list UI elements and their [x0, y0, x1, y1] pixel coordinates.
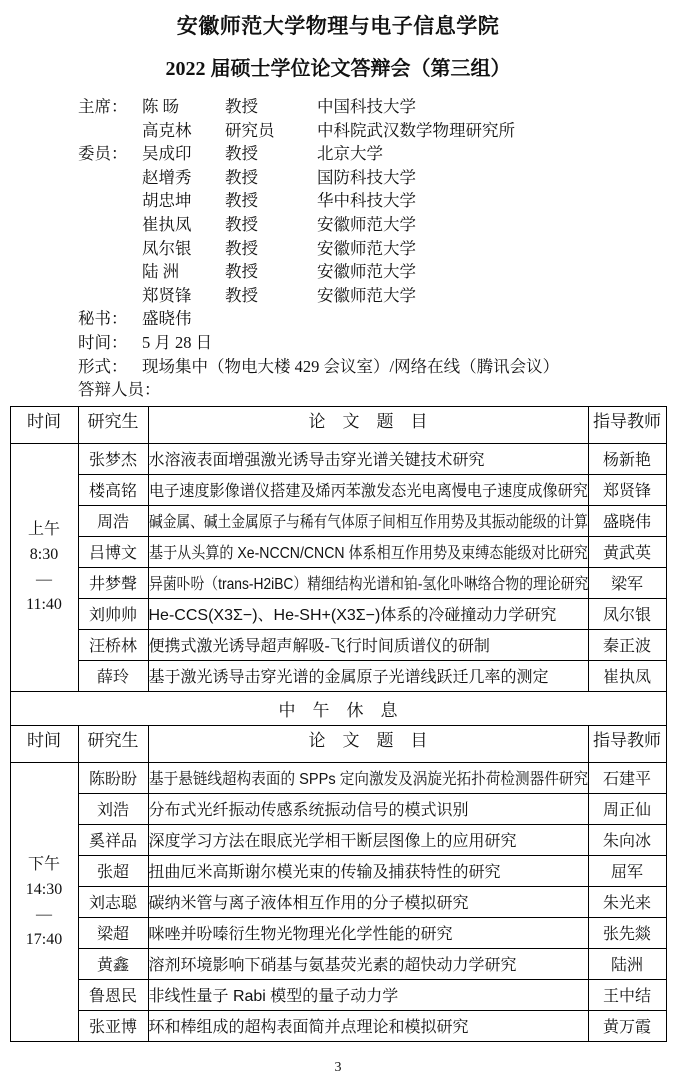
- schedule-row: 吕博文基于从头算的 Xe-NCCN/CNCN 体系相互作用势及束缚态能级对比研究…: [10, 536, 666, 567]
- session-time-line: 8:30: [11, 542, 78, 567]
- advisor-cell: 黄万霞: [588, 1010, 666, 1041]
- schedule-row: 井梦聲异菌卟吩（trans-H2iBC）精细结构光谱和铂-氢化卟啉络合物的理论研…: [10, 567, 666, 598]
- thesis-title: 基于激光诱导击穿光谱的金属原子光谱线跃迁几率的测定: [149, 664, 549, 687]
- header-time: 时间: [10, 406, 78, 443]
- thesis-cell: 碳纳米管与离子液体相互作用的分子模拟研究: [148, 886, 588, 917]
- advisor-cell: 郑贤锋: [588, 474, 666, 505]
- schedule-row: 张超扭曲厄米高斯谢尔模光束的传输及捕获特性的研究屈军: [10, 855, 666, 886]
- student-name: 楼高铭: [89, 478, 137, 501]
- committee-info-block: 主席：陈 旸教授中国科技大学高克林研究员中科院武汉数学物理研究所委员：吴成印教授…: [0, 95, 676, 402]
- schedule-row: 下午14:30—17:40陈盼盼基于悬链线超构表面的 SPPs 定向激发及涡旋光…: [10, 762, 666, 793]
- advisor-cell: 梁军: [588, 567, 666, 598]
- committee-name: 凤尔银: [142, 237, 225, 261]
- advisor-name: 石建平: [603, 766, 651, 789]
- lunch-break-section: 中 午 休 息: [10, 691, 666, 725]
- schedule-row: 楼高铭电子速度影像谱仪搭建及烯丙苯激发态光电离慢电子速度成像研究郑贤锋: [10, 474, 666, 505]
- info-label: [78, 260, 142, 284]
- thesis-cell: 分布式光纤振动传感系统振动信号的模式识别: [148, 793, 588, 824]
- thesis-cell: 便携式激光诱导超声解吸-飞行时间质谱仪的研制: [148, 629, 588, 660]
- session-time-line: 11:40: [11, 592, 78, 617]
- document-title: 安徽师范大学物理与电子信息学院: [0, 0, 676, 40]
- info-label: 主席：: [78, 95, 142, 119]
- info-label: 时间：: [78, 331, 142, 355]
- committee-title: 教授: [225, 95, 317, 119]
- student-name: 刘志聪: [89, 890, 137, 913]
- advisor-cell: 盛晓伟: [588, 505, 666, 536]
- student-name: 汪桥林: [89, 633, 137, 656]
- thesis-cell: 碱金属、碱土金属原子与稀有气体原子间相互作用势及其振动能级的计算: [148, 505, 588, 536]
- committee-title: 教授: [225, 142, 317, 166]
- advisor-name: 黄万霞: [603, 1014, 651, 1037]
- session-time-line: —: [11, 567, 78, 592]
- thesis-cell: 异菌卟吩（trans-H2iBC）精细结构光谱和铂-氢化卟啉络合物的理论研究: [148, 567, 588, 598]
- committee-title: 教授: [225, 237, 317, 261]
- student-cell: 井梦聲: [78, 567, 148, 598]
- student-name: 薛玲: [97, 664, 129, 687]
- header-time: 时间: [10, 725, 78, 762]
- session-time-line: 17:40: [11, 927, 78, 952]
- header-advisor: 指导教师: [588, 725, 666, 762]
- thesis-title: 碳纳米管与离子液体相互作用的分子模拟研究: [149, 890, 469, 913]
- advisor-cell: 张先燚: [588, 917, 666, 948]
- afternoon-session: 时间 研究生 论 文 题 目 指导教师 下午14:30—17:40陈盼盼基于悬链…: [10, 725, 666, 1041]
- advisor-cell: 杨新艳: [588, 443, 666, 474]
- committee-org: 安徽师范大学: [317, 213, 656, 237]
- student-cell: 薛玲: [78, 660, 148, 691]
- advisor-cell: 朱向冰: [588, 824, 666, 855]
- schedule-row: 薛玲基于激光诱导击穿光谱的金属原子光谱线跃迁几率的测定崔执凤: [10, 660, 666, 691]
- committee-title: 教授: [225, 284, 317, 308]
- committee-org: 华中科技大学: [317, 189, 656, 213]
- committee-title: 教授: [225, 213, 317, 237]
- student-cell: 汪桥林: [78, 629, 148, 660]
- committee-org: 国防科技大学: [317, 166, 656, 190]
- thesis-title: 便携式激光诱导超声解吸-飞行时间质谱仪的研制: [149, 633, 490, 656]
- committee-name: 胡忠坤: [142, 189, 225, 213]
- student-name: 吕博文: [89, 540, 137, 563]
- student-cell: 楼高铭: [78, 474, 148, 505]
- info-label: 秘书：: [78, 307, 142, 331]
- student-cell: 奚祥品: [78, 824, 148, 855]
- thesis-title: 环和棒组成的超构表面简并点理论和模拟研究: [149, 1014, 469, 1037]
- advisor-name: 王中结: [603, 983, 651, 1006]
- thesis-title: 电子速度影像谱仪搭建及烯丙苯激发态光电离慢电子速度成像研究: [149, 478, 588, 501]
- header-advisor: 指导教师: [588, 406, 666, 443]
- thesis-title: 分布式光纤振动传感系统振动信号的模式识别: [149, 797, 469, 820]
- table-header-row: 时间 研究生 论 文 题 目 指导教师: [10, 406, 666, 443]
- advisor-name: 凤尔银: [603, 602, 651, 625]
- participants-label: 答辩人员：: [78, 378, 656, 402]
- committee-org: 安徽师范大学: [317, 237, 656, 261]
- document-subtitle: 2022 届硕士学位论文答辩会（第三组）: [0, 52, 676, 81]
- defense-schedule-table: 时间 研究生 论 文 题 目 指导教师 上午8:30—11:40张梦杰水溶液表面…: [10, 406, 667, 1042]
- committee-org: 北京大学: [317, 142, 656, 166]
- thesis-title: He-CCS(X3Σ−)、He-SH+(X3Σ−)体系的冷碰撞动力学研究: [149, 602, 557, 625]
- committee-title: 教授: [225, 166, 317, 190]
- advisor-name: 郑贤锋: [603, 478, 651, 501]
- schedule-row: 刘浩分布式光纤振动传感系统振动信号的模式识别周正仙: [10, 793, 666, 824]
- committee-org: 中国科技大学: [317, 95, 656, 119]
- student-name: 梁超: [97, 921, 129, 944]
- student-name: 张梦杰: [89, 447, 137, 470]
- thesis-title: 碱金属、碱土金属原子与稀有气体原子间相互作用势及其振动能级的计算: [149, 509, 588, 532]
- page-number: 3: [0, 1060, 676, 1076]
- advisor-cell: 朱光来: [588, 886, 666, 917]
- session-time: 上午8:30—11:40: [10, 443, 78, 691]
- header-student: 研究生: [78, 406, 148, 443]
- student-name: 黄鑫: [97, 952, 129, 975]
- session-time-line: 下午: [11, 852, 78, 877]
- committee-org: 安徽师范大学: [317, 284, 656, 308]
- thesis-cell: 咪唑并吩嗪衍生物光物理光化学性能的研究: [148, 917, 588, 948]
- morning-session: 时间 研究生 论 文 题 目 指导教师 上午8:30—11:40张梦杰水溶液表面…: [10, 406, 666, 691]
- thesis-cell: 环和棒组成的超构表面简并点理论和模拟研究: [148, 1010, 588, 1041]
- info-label: [78, 284, 142, 308]
- advisor-cell: 屈军: [588, 855, 666, 886]
- info-label: [78, 119, 142, 143]
- thesis-title: 基于从头算的 Xe-NCCN/CNCN 体系相互作用势及束缚态能级对比研究: [149, 540, 588, 563]
- committee-title: 教授: [225, 260, 317, 284]
- lunch-break-cell: 中 午 休 息: [10, 691, 666, 725]
- student-name: 张超: [97, 859, 129, 882]
- committee-name: 陆 洲: [142, 260, 225, 284]
- thesis-title: 扭曲厄米高斯谢尔模光束的传输及捕获特性的研究: [149, 859, 501, 882]
- committee-name: 崔执凤: [142, 213, 225, 237]
- schedule-row: 黄鑫溶剂环境影响下硝基与氨基荧光素的超快动力学研究陆洲: [10, 948, 666, 979]
- thesis-title: 溶剂环境影响下硝基与氨基荧光素的超快动力学研究: [149, 952, 517, 975]
- thesis-title: 深度学习方法在眼底光学相干断层图像上的应用研究: [149, 828, 517, 851]
- info-label: [78, 237, 142, 261]
- advisor-name: 盛晓伟: [603, 509, 651, 532]
- thesis-title: 水溶液表面增强激光诱导击穿光谱关键技术研究: [149, 447, 485, 470]
- defense-date: 5 月 28 日: [142, 331, 656, 355]
- advisor-cell: 周正仙: [588, 793, 666, 824]
- session-time-line: 14:30: [11, 877, 78, 902]
- student-cell: 鲁恩民: [78, 979, 148, 1010]
- student-cell: 黄鑫: [78, 948, 148, 979]
- student-cell: 张亚博: [78, 1010, 148, 1041]
- advisor-name: 黄武英: [603, 540, 651, 563]
- student-cell: 梁超: [78, 917, 148, 948]
- info-label: 委员：: [78, 142, 142, 166]
- advisor-name: 周正仙: [603, 797, 651, 820]
- committee-title: 研究员: [225, 119, 317, 143]
- table-header-row: 时间 研究生 论 文 题 目 指导教师: [10, 725, 666, 762]
- student-name: 刘浩: [97, 797, 129, 820]
- student-cell: 刘帅帅: [78, 598, 148, 629]
- advisor-cell: 凤尔银: [588, 598, 666, 629]
- advisor-name: 梁军: [611, 571, 643, 594]
- committee-name: 陈 旸: [142, 95, 225, 119]
- info-label: 形式：: [78, 355, 142, 379]
- advisor-cell: 石建平: [588, 762, 666, 793]
- thesis-cell: 扭曲厄米高斯谢尔模光束的传输及捕获特性的研究: [148, 855, 588, 886]
- thesis-cell: 深度学习方法在眼底光学相干断层图像上的应用研究: [148, 824, 588, 855]
- thesis-title: 咪唑并吩嗪衍生物光物理光化学性能的研究: [149, 921, 453, 944]
- advisor-cell: 秦正波: [588, 629, 666, 660]
- advisor-cell: 崔执凤: [588, 660, 666, 691]
- lunch-break-row: 中 午 休 息: [10, 691, 666, 725]
- advisor-name: 朱光来: [603, 890, 651, 913]
- advisor-name: 陆洲: [611, 952, 643, 975]
- student-name: 张亚博: [89, 1014, 137, 1037]
- thesis-cell: 水溶液表面增强激光诱导击穿光谱关键技术研究: [148, 443, 588, 474]
- header-thesis: 论 文 题 目: [148, 725, 588, 762]
- thesis-cell: 基于从头算的 Xe-NCCN/CNCN 体系相互作用势及束缚态能级对比研究: [148, 536, 588, 567]
- document-page: 安徽师范大学物理与电子信息学院 2022 届硕士学位论文答辩会（第三组） 主席：…: [0, 0, 676, 1090]
- schedule-row: 刘志聪碳纳米管与离子液体相互作用的分子模拟研究朱光来: [10, 886, 666, 917]
- committee-name: 郑贤锋: [142, 284, 225, 308]
- thesis-title: 异菌卟吩（trans-H2iBC）精细结构光谱和铂-氢化卟啉络合物的理论研究: [149, 571, 588, 594]
- student-cell: 吕博文: [78, 536, 148, 567]
- info-label: [78, 189, 142, 213]
- advisor-name: 杨新艳: [603, 447, 651, 470]
- advisor-cell: 王中结: [588, 979, 666, 1010]
- advisor-name: 朱向冰: [603, 828, 651, 851]
- schedule-row: 鲁恩民非线性量子 Rabi 模型的量子动力学王中结: [10, 979, 666, 1010]
- committee-name: 赵增秀: [142, 166, 225, 190]
- advisor-cell: 黄武英: [588, 536, 666, 567]
- committee-org: 中科院武汉数学物理研究所: [317, 119, 656, 143]
- student-name: 陈盼盼: [89, 766, 137, 789]
- thesis-cell: 溶剂环境影响下硝基与氨基荧光素的超快动力学研究: [148, 948, 588, 979]
- thesis-cell: He-CCS(X3Σ−)、He-SH+(X3Σ−)体系的冷碰撞动力学研究: [148, 598, 588, 629]
- defense-format: 现场集中（物电大楼 429 会议室）/网络在线（腾讯会议）: [142, 355, 656, 379]
- student-name: 奚祥品: [89, 828, 137, 851]
- thesis-title: 非线性量子 Rabi 模型的量子动力学: [149, 983, 399, 1006]
- student-name: 周浩: [97, 509, 129, 532]
- schedule-row: 张亚博环和棒组成的超构表面简并点理论和模拟研究黄万霞: [10, 1010, 666, 1041]
- schedule-row: 周浩碱金属、碱土金属原子与稀有气体原子间相互作用势及其振动能级的计算盛晓伟: [10, 505, 666, 536]
- thesis-cell: 基于激光诱导击穿光谱的金属原子光谱线跃迁几率的测定: [148, 660, 588, 691]
- thesis-cell: 非线性量子 Rabi 模型的量子动力学: [148, 979, 588, 1010]
- session-time-line: —: [11, 902, 78, 927]
- student-cell: 刘志聪: [78, 886, 148, 917]
- committee-title: 教授: [225, 189, 317, 213]
- advisor-name: 张先燚: [603, 921, 651, 944]
- student-cell: 周浩: [78, 505, 148, 536]
- schedule-row: 汪桥林便携式激光诱导超声解吸-飞行时间质谱仪的研制秦正波: [10, 629, 666, 660]
- thesis-title: 基于悬链线超构表面的 SPPs 定向激发及涡旋光拓扑荷检测器件研究: [149, 766, 588, 789]
- committee-name: 吴成印: [142, 142, 225, 166]
- header-student: 研究生: [78, 725, 148, 762]
- student-name: 鲁恩民: [89, 983, 137, 1006]
- schedule-row: 梁超咪唑并吩嗪衍生物光物理光化学性能的研究张先燚: [10, 917, 666, 948]
- thesis-cell: 电子速度影像谱仪搭建及烯丙苯激发态光电离慢电子速度成像研究: [148, 474, 588, 505]
- advisor-name: 崔执凤: [603, 664, 651, 687]
- schedule-row: 刘帅帅He-CCS(X3Σ−)、He-SH+(X3Σ−)体系的冷碰撞动力学研究凤…: [10, 598, 666, 629]
- thesis-cell: 基于悬链线超构表面的 SPPs 定向激发及涡旋光拓扑荷检测器件研究: [148, 762, 588, 793]
- schedule-row: 奚祥品深度学习方法在眼底光学相干断层图像上的应用研究朱向冰: [10, 824, 666, 855]
- header-thesis: 论 文 题 目: [148, 406, 588, 443]
- student-cell: 刘浩: [78, 793, 148, 824]
- student-cell: 张梦杰: [78, 443, 148, 474]
- student-name: 井梦聲: [89, 571, 137, 594]
- advisor-name: 屈军: [611, 859, 643, 882]
- committee-org: 安徽师范大学: [317, 260, 656, 284]
- committee-name: 高克林: [142, 119, 225, 143]
- student-cell: 陈盼盼: [78, 762, 148, 793]
- info-label: [78, 213, 142, 237]
- session-time: 下午14:30—17:40: [10, 762, 78, 1041]
- schedule-row: 上午8:30—11:40张梦杰水溶液表面增强激光诱导击穿光谱关键技术研究杨新艳: [10, 443, 666, 474]
- student-cell: 张超: [78, 855, 148, 886]
- secretary-name: 盛晓伟: [142, 307, 656, 331]
- advisor-cell: 陆洲: [588, 948, 666, 979]
- session-time-line: 上午: [11, 517, 78, 542]
- student-name: 刘帅帅: [89, 602, 137, 625]
- info-label: [78, 166, 142, 190]
- advisor-name: 秦正波: [603, 633, 651, 656]
